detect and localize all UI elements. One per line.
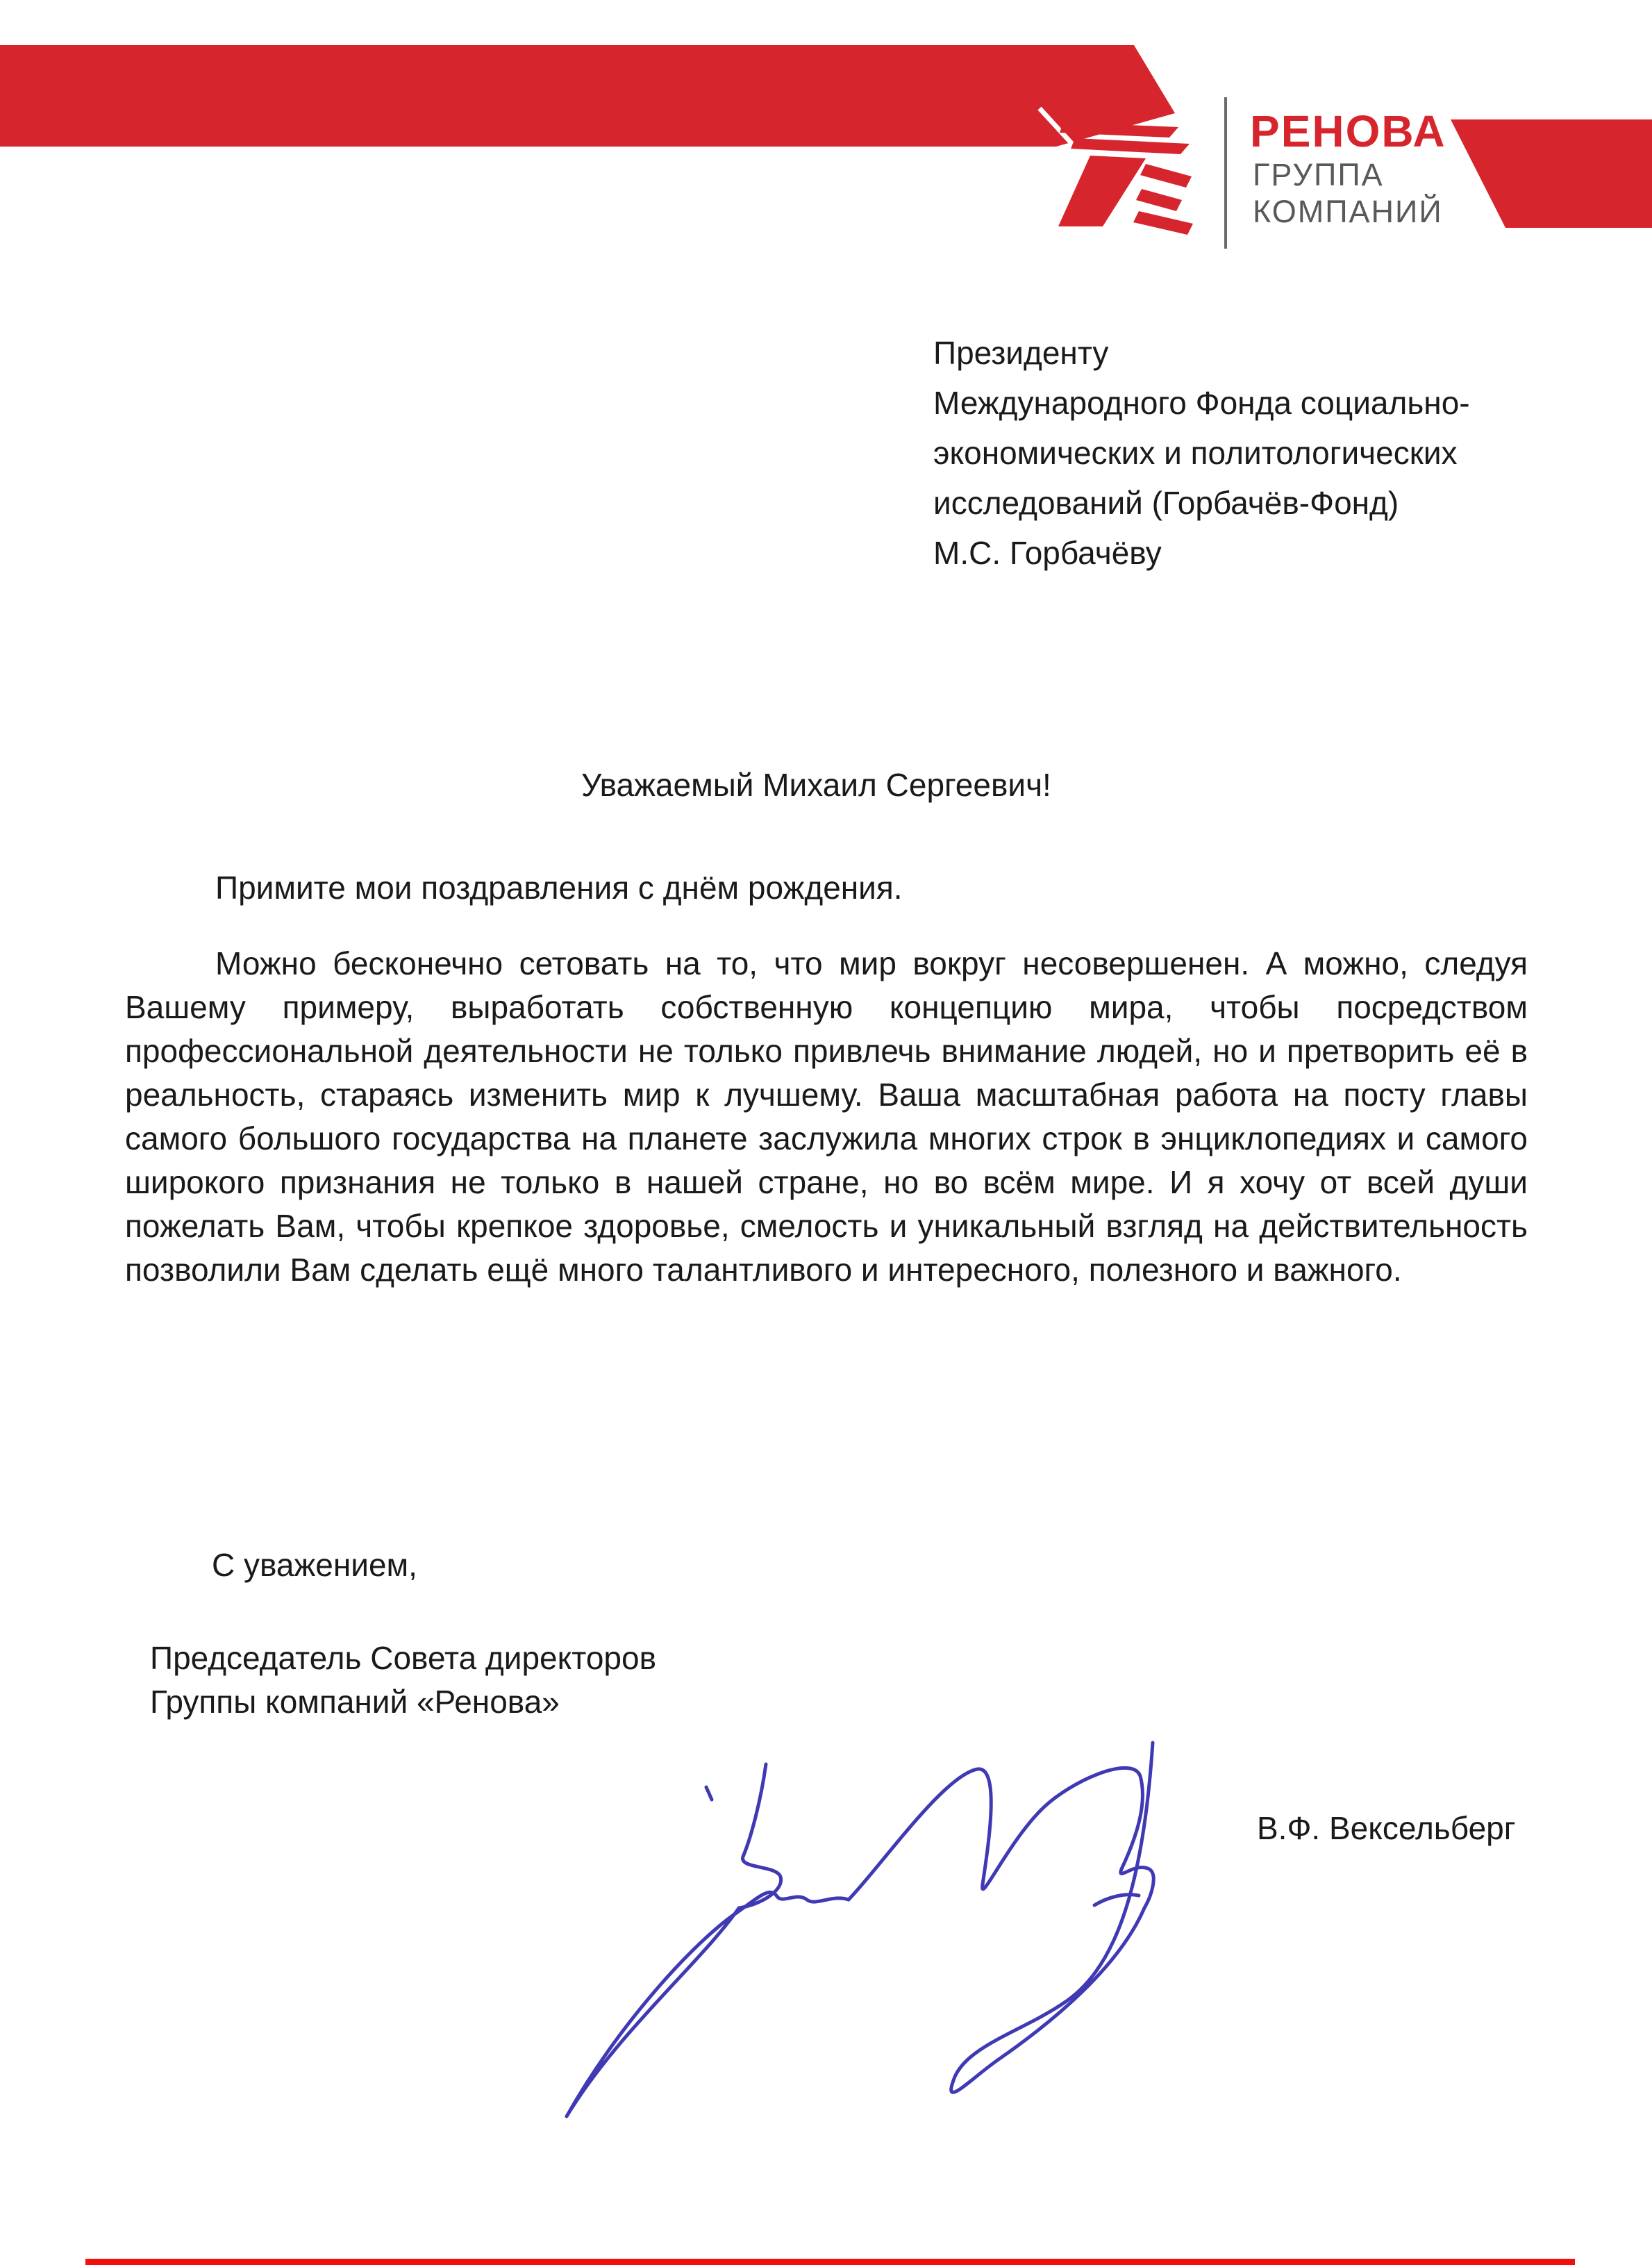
- signer-title-block: Председатель Совета директоров Группы ко…: [150, 1636, 656, 1724]
- signature-stroke-1: [567, 1764, 849, 2116]
- signature-ink: [535, 1733, 1194, 2177]
- brand-subtitle-line2: КОМПАНИЙ: [1253, 196, 1443, 228]
- signature-stroke-2: [849, 1743, 1153, 2092]
- signer-name: В.Ф. Вексельберг: [1257, 1810, 1516, 1846]
- brand-subtitle-line1: ГРУППА: [1253, 159, 1384, 191]
- signer-title-line: Председатель Совета директоров: [150, 1636, 656, 1680]
- recipient-line: Президенту: [933, 328, 1470, 378]
- paragraph-congrats: Примите мои поздравления с днём рождения…: [215, 870, 903, 906]
- recipient-block: Президенту Международного Фонда социальн…: [933, 328, 1470, 578]
- recipient-line: исследований (Горбачёв-Фонд): [933, 478, 1470, 528]
- signature-dash: [1094, 1895, 1139, 1905]
- footer-rule: [85, 2259, 1575, 2265]
- recipient-line: М.С. Горбачёву: [933, 528, 1470, 578]
- letter-page: РЕНОВА ГРУППА КОМПАНИЙ Президенту Междун…: [0, 0, 1652, 2265]
- closing-phrase: С уважением,: [212, 1547, 417, 1583]
- brand-name: РЕНОВА: [1250, 108, 1446, 154]
- signature-tick: [706, 1787, 712, 1800]
- salutation: Уважаемый Михаил Сергеевич!: [581, 767, 1051, 803]
- recipient-line: Международного Фонда социально-: [933, 378, 1470, 428]
- paragraph-main: Можно бесконечно сетовать на то, что мир…: [125, 942, 1528, 1292]
- recipient-line: экономических и политологических: [933, 428, 1470, 478]
- signer-title-line: Группы компаний «Ренова»: [150, 1680, 656, 1724]
